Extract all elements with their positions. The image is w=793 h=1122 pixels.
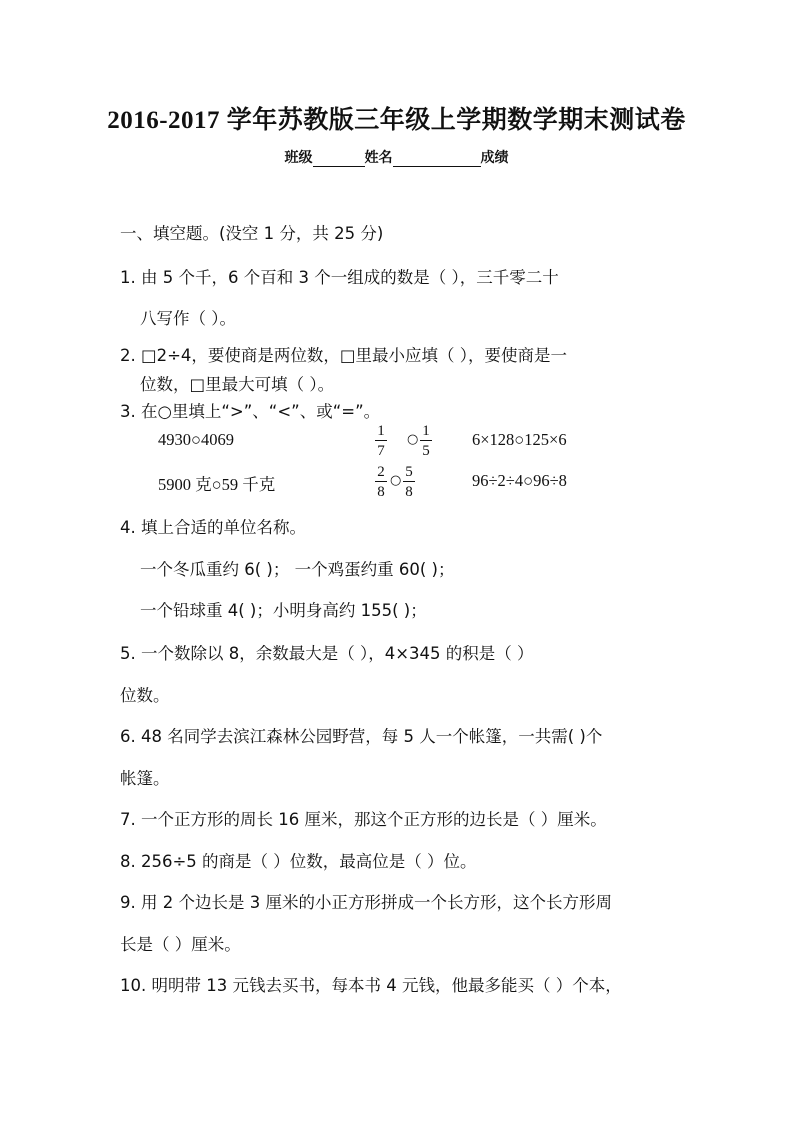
- score-label: 成绩: [481, 150, 509, 166]
- question-9-line-2: 长是（ ）厘米。: [120, 931, 241, 955]
- question-2-line-2: 位数，□里最大可填（ ）。: [140, 371, 334, 395]
- compare-item-d: 5900 克○59 千克: [158, 471, 275, 495]
- question-6-line-1: 6. 48 名同学去滨江森林公园野营，每 5 人一个帐篷，一共需( )个: [120, 723, 602, 747]
- fraction-5-8: 5 8: [403, 463, 415, 502]
- name-label: 姓名: [365, 150, 393, 166]
- page-title: 2016-2017 学年苏教版三年级上学期数学期末测试卷: [0, 100, 793, 136]
- name-blank[interactable]: [393, 152, 481, 167]
- compare-circle[interactable]: ○: [407, 432, 418, 447]
- question-7-line-1: 7. 一个正方形的周长 16 厘米，那这个正方形的边长是（ ）厘米。: [120, 806, 607, 830]
- compare-item-f: 96÷2÷4○96÷8: [472, 471, 567, 491]
- fraction-1-7: 1 7: [375, 422, 387, 461]
- question-5-line-1: 5. 一个数除以 8，余数最大是（ ），4×345 的积是（ ）: [120, 640, 534, 664]
- question-2-line-1: 2. □2÷4，要使商是两位数，□里最小应填（ ），要使商是一: [120, 342, 567, 366]
- question-1-line-2: 八写作（ ）。: [140, 305, 236, 329]
- compare-circle[interactable]: ○: [390, 473, 401, 488]
- student-info-row: 班级姓名成绩: [0, 147, 793, 167]
- question-3-line-1: 3. 在○里填上“>”、“<”、或“=”。: [120, 398, 380, 422]
- section-heading: 一、填空题。(没空 1 分，共 25 分): [120, 220, 383, 244]
- question-6-line-2: 帐篷。: [120, 765, 170, 789]
- question-4-line-2: 一个冬瓜重约 6( )； 一个鸡蛋约重 60( )；: [140, 556, 454, 580]
- class-label: 班级: [285, 150, 313, 166]
- compare-item-c: 6×128○125×6: [472, 430, 567, 450]
- question-4-line-1: 4. 填上合适的单位名称。: [120, 514, 306, 538]
- question-9-line-1: 9. 用 2 个边长是 3 厘米的小正方形拼成一个长方形，这个长方形周: [120, 889, 612, 913]
- question-10-line-1: 10. 明明带 13 元钱去买书，每本书 4 元钱，他最多能买（ ）个本，: [120, 972, 622, 996]
- question-1-line-1: 1. 由 5 个千，6 个百和 3 个一组成的数是（ ），三千零二十: [120, 264, 559, 288]
- question-5-line-2: 位数。: [120, 682, 170, 706]
- class-blank[interactable]: [313, 152, 365, 167]
- compare-item-a: 4930○4069: [158, 430, 234, 450]
- fraction-1-5: 1 5: [420, 422, 432, 461]
- question-8-line-1: 8. 256÷5 的商是（ ）位数，最高位是（ ）位。: [120, 848, 477, 872]
- question-4-line-3: 一个铅球重 4( )；小明身高约 155( )；: [140, 597, 427, 621]
- exam-page: 2016-2017 学年苏教版三年级上学期数学期末测试卷 班级姓名成绩 一、填空…: [0, 0, 793, 1122]
- fraction-2-8: 2 8: [375, 463, 387, 502]
